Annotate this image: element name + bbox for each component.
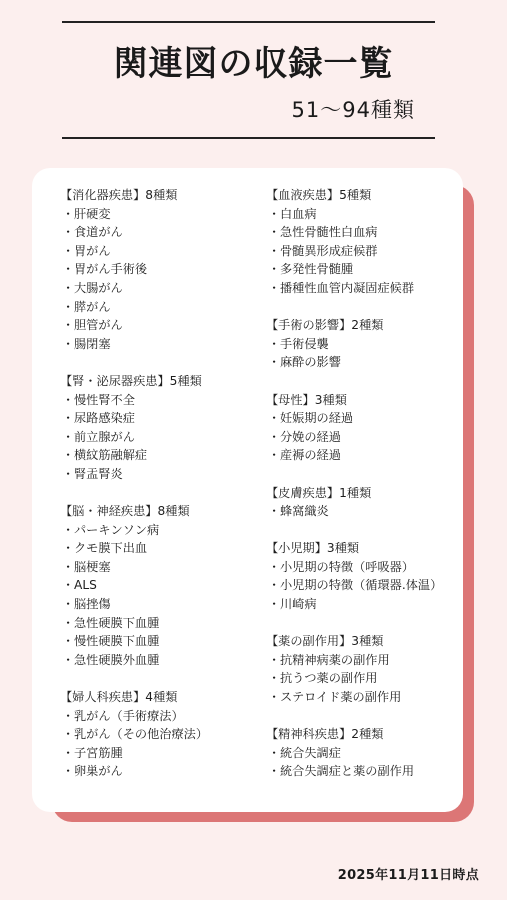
bullet-icon: ・ [268,576,280,595]
bullet-icon: ・ [268,762,280,781]
bullet-icon: ・ [62,335,74,354]
list-item-label: 前立腺がん [74,430,135,444]
list-item: ・蜂窩織炎 [266,502,466,521]
list-item-label: 乳がん（その他治療法） [74,727,208,741]
category-header: 【母性】3種類 [266,391,466,410]
list-item-label: 妊娠期の経過 [280,411,353,425]
bullet-icon: ・ [268,428,280,447]
list-item-label: 急性硬膜下血腫 [74,616,159,630]
list-item-label: 胆管がん [74,318,123,332]
list-item: ・小児期の特徴（呼吸器） [266,558,466,577]
list-item: ・横紋筋融解症 [60,446,260,465]
list-item: ・脳挫傷 [60,595,260,614]
category-header: 【腎・泌尿器疾患】5種類 [60,372,260,391]
list-item-label: 抗精神病薬の副作用 [280,653,390,667]
list-item-label: 食道がん [74,225,123,239]
list-item: ・パーキンソン病 [60,521,260,540]
category-section: 【精神科疾患】2種類・統合失調症・統合失調症と薬の副作用 [266,725,466,781]
list-item-label: 胃がん [74,244,111,258]
list-item: ・食道がん [60,223,260,242]
bullet-icon: ・ [62,651,74,670]
list-item-label: 白血病 [280,207,317,221]
list-item-label: 胃がん手術後 [74,262,147,276]
list-item-label: 川崎病 [280,597,317,611]
bullet-icon: ・ [62,446,74,465]
list-item: ・妊娠期の経過 [266,409,466,428]
bullet-icon: ・ [268,279,280,298]
category-section: 【母性】3種類・妊娠期の経過・分娩の経過・産褥の経過 [266,391,466,465]
bullet-icon: ・ [268,688,280,707]
list-item-label: 小児期の特徴（循環器.体温） [280,578,442,592]
list-item-label: 統合失調症 [280,746,341,760]
list-item-label: 脳挫傷 [74,597,111,611]
list-item: ・腎盂腎炎 [60,465,260,484]
category-header: 【脳・神経疾患】8種類 [60,502,260,521]
category-section: 【脳・神経疾患】8種類・パーキンソン病・クモ膜下出血・脳梗塞・ALS・脳挫傷・急… [60,502,260,669]
bullet-icon: ・ [268,205,280,224]
list-item-label: 麻酔の影響 [280,355,341,369]
list-item: ・子宮筋腫 [60,744,260,763]
list-item-label: 産褥の経過 [280,448,341,462]
bullet-icon: ・ [268,409,280,428]
list-item-label: 蜂窩織炎 [280,504,329,518]
list-item: ・骨髄異形成症候群 [266,242,466,261]
bullet-icon: ・ [62,558,74,577]
list-item-label: 手術侵襲 [280,337,329,351]
left-column: 【消化器疾患】8種類・肝硬変・食道がん・胃がん・胃がん手術後・大腸がん・膵がん・… [60,186,260,800]
list-item: ・脳梗塞 [60,558,260,577]
category-section: 【手術の影響】2種類・手術侵襲・麻酔の影響 [266,316,466,372]
bullet-icon: ・ [268,669,280,688]
bullet-icon: ・ [62,614,74,633]
category-header: 【薬の副作用】3種類 [266,632,466,651]
list-item: ・前立腺がん [60,428,260,447]
bullet-icon: ・ [62,465,74,484]
list-item-label: 統合失調症と薬の副作用 [280,764,414,778]
bullet-icon: ・ [62,298,74,317]
list-item: ・産褥の経過 [266,446,466,465]
category-section: 【婦人科疾患】4種類・乳がん（手術療法）・乳がん（その他治療法）・子宮筋腫・卵巣… [60,688,260,781]
bullet-icon: ・ [62,707,74,726]
list-item-label: 卵巣がん [74,764,123,778]
right-column: 【血液疾患】5種類・白血病・急性骨髄性白血病・骨髄異形成症候群・多発性骨髄腫・播… [266,186,466,800]
bullet-icon: ・ [62,260,74,279]
list-item: ・川崎病 [266,595,466,614]
list-item: ・乳がん（その他治療法） [60,725,260,744]
list-item: ・統合失調症と薬の副作用 [266,762,466,781]
list-item-label: 尿路感染症 [74,411,135,425]
as-of-date: 2025年11月11日時点 [338,864,479,883]
list-item-label: 慢性腎不全 [74,393,135,407]
bullet-icon: ・ [62,205,74,224]
title-bottom-rule [62,137,435,139]
list-item: ・分娩の経過 [266,428,466,447]
list-item: ・膵がん [60,298,260,317]
list-item: ・播種性血管内凝固症候群 [266,279,466,298]
bullet-icon: ・ [268,651,280,670]
list-item: ・ステロイド薬の副作用 [266,688,466,707]
category-header: 【小児期】3種類 [266,539,466,558]
bullet-icon: ・ [62,744,74,763]
list-item-label: 抗うつ薬の副作用 [280,671,378,685]
list-item-label: 子宮筋腫 [74,746,123,760]
bullet-icon: ・ [268,502,280,521]
category-section: 【血液疾患】5種類・白血病・急性骨髄性白血病・骨髄異形成症候群・多発性骨髄腫・播… [266,186,466,298]
list-item-label: 腎盂腎炎 [74,467,123,481]
list-item-label: クモ膜下出血 [74,541,147,555]
list-item: ・麻酔の影響 [266,353,466,372]
list-item: ・慢性硬膜下血腫 [60,632,260,651]
category-section: 【薬の副作用】3種類・抗精神病薬の副作用・抗うつ薬の副作用・ステロイド薬の副作用 [266,632,466,706]
category-section: 【小児期】3種類・小児期の特徴（呼吸器）・小児期の特徴（循環器.体温）・川崎病 [266,539,466,613]
list-item-label: 肝硬変 [74,207,111,221]
bullet-icon: ・ [268,558,280,577]
list-item: ・大腸がん [60,279,260,298]
bullet-icon: ・ [268,446,280,465]
category-header: 【皮膚疾患】1種類 [266,484,466,503]
list-item: ・慢性腎不全 [60,391,260,410]
list-item-label: 乳がん（手術療法） [74,709,184,723]
bullet-icon: ・ [62,409,74,428]
category-section: 【消化器疾患】8種類・肝硬変・食道がん・胃がん・胃がん手術後・大腸がん・膵がん・… [60,186,260,353]
bullet-icon: ・ [268,353,280,372]
list-card: 【消化器疾患】8種類・肝硬変・食道がん・胃がん・胃がん手術後・大腸がん・膵がん・… [32,168,463,812]
bullet-icon: ・ [62,242,74,261]
category-section: 【皮膚疾患】1種類・蜂窩織炎 [266,484,466,521]
list-item: ・尿路感染症 [60,409,260,428]
list-item-label: 多発性骨髄腫 [280,262,353,276]
bullet-icon: ・ [268,744,280,763]
list-item: ・乳がん（手術療法） [60,707,260,726]
list-item-label: 分娩の経過 [280,430,341,444]
list-item: ・肝硬変 [60,205,260,224]
bullet-icon: ・ [62,223,74,242]
list-item: ・手術侵襲 [266,335,466,354]
list-item-label: ステロイド薬の副作用 [280,690,401,704]
bullet-icon: ・ [268,335,280,354]
list-item-label: 腸閉塞 [74,337,111,351]
category-header: 【精神科疾患】2種類 [266,725,466,744]
category-header: 【婦人科疾患】4種類 [60,688,260,707]
bullet-icon: ・ [62,391,74,410]
bullet-icon: ・ [62,576,74,595]
list-item: ・腸閉塞 [60,335,260,354]
bullet-icon: ・ [62,428,74,447]
bullet-icon: ・ [268,242,280,261]
list-item-label: 急性硬膜外血腫 [74,653,159,667]
page-subtitle: 51～94種類 [292,94,415,124]
category-section: 【腎・泌尿器疾患】5種類・慢性腎不全・尿路感染症・前立腺がん・横紋筋融解症・腎盂… [60,372,260,484]
list-item: ・ALS [60,576,260,595]
list-item: ・白血病 [266,205,466,224]
list-item: ・クモ膜下出血 [60,539,260,558]
list-item-label: 慢性硬膜下血腫 [74,634,159,648]
list-item: ・卵巣がん [60,762,260,781]
list-item: ・小児期の特徴（循環器.体温） [266,576,466,595]
bullet-icon: ・ [268,595,280,614]
list-item-label: 播種性血管内凝固症候群 [280,281,414,295]
category-header: 【手術の影響】2種類 [266,316,466,335]
list-item-label: 骨髄異形成症候群 [280,244,378,258]
bullet-icon: ・ [268,223,280,242]
bullet-icon: ・ [62,725,74,744]
bullet-icon: ・ [62,521,74,540]
list-item: ・多発性骨髄腫 [266,260,466,279]
list-item: ・急性硬膜外血腫 [60,651,260,670]
list-item-label: 小児期の特徴（呼吸器） [280,560,414,574]
category-header: 【消化器疾患】8種類 [60,186,260,205]
category-header: 【血液疾患】5種類 [266,186,466,205]
bullet-icon: ・ [62,279,74,298]
list-item: ・抗精神病薬の副作用 [266,651,466,670]
list-item-label: ALS [74,578,97,592]
bullet-icon: ・ [62,632,74,651]
title-top-rule [62,21,435,23]
bullet-icon: ・ [62,539,74,558]
list-item: ・胃がん手術後 [60,260,260,279]
list-item-label: 大腸がん [74,281,123,295]
list-item-label: パーキンソン病 [74,523,159,537]
list-item: ・胃がん [60,242,260,261]
list-item: ・胆管がん [60,316,260,335]
list-item-label: 脳梗塞 [74,560,111,574]
list-item: ・抗うつ薬の副作用 [266,669,466,688]
list-item: ・急性硬膜下血腫 [60,614,260,633]
bullet-icon: ・ [62,762,74,781]
bullet-icon: ・ [62,595,74,614]
list-item: ・統合失調症 [266,744,466,763]
list-item: ・急性骨髄性白血病 [266,223,466,242]
bullet-icon: ・ [62,316,74,335]
bullet-icon: ・ [268,260,280,279]
list-item-label: 膵がん [74,300,111,314]
list-item-label: 急性骨髄性白血病 [280,225,378,239]
page-title: 関連図の収録一覧 [0,36,507,85]
list-item-label: 横紋筋融解症 [74,448,147,462]
